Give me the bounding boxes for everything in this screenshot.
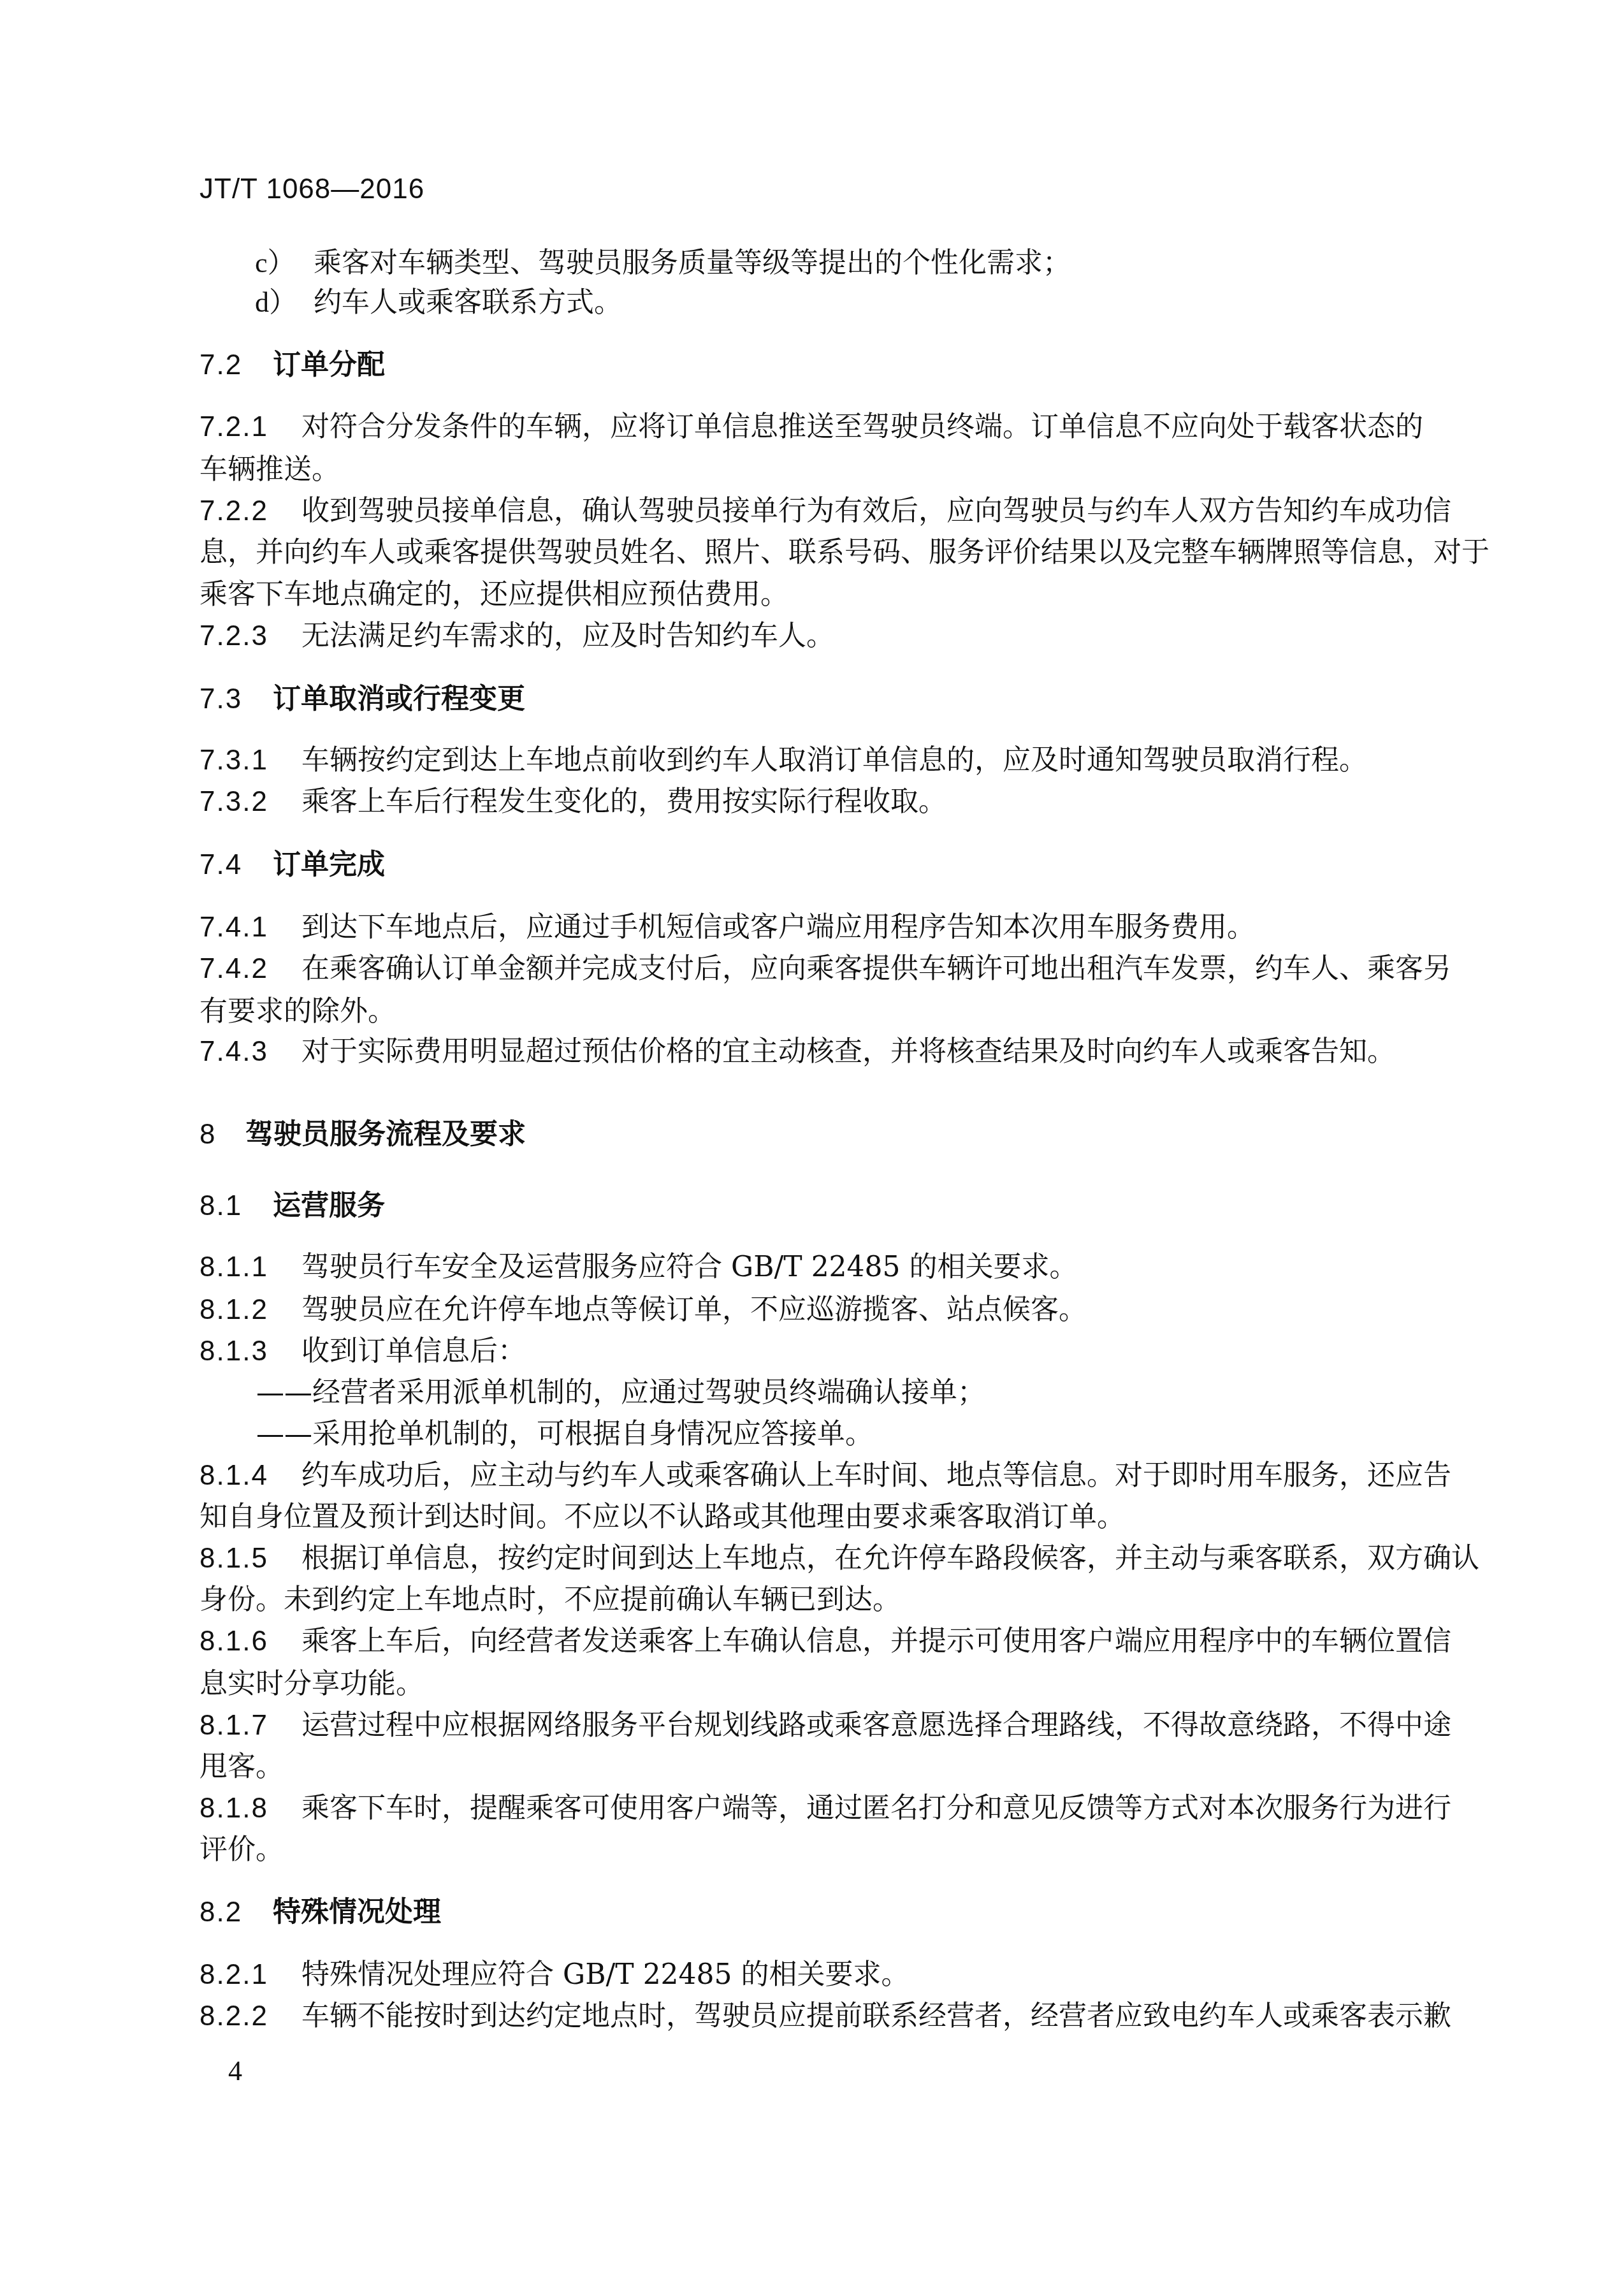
clause-text: 根据订单信息，按约定时间到达上车地点，在允许停车路段候客，并主动与乘客联系，双方… — [301, 1542, 1479, 1575]
clause-7-2-3: 7.2.3无法满足约车需求的，应及时告知约车人。 — [199, 615, 1423, 657]
section-heading-7-4: 7.4订单完成 — [199, 844, 1423, 886]
clause-number: 8.1.4 — [199, 1455, 301, 1497]
clause-7-2-1-cont: 车辆推送。 — [199, 449, 1423, 491]
clause-text: 乘客上车后，向经营者发送乘客上车确认信息，并提示可使用客户端应用程序中的车辆位置… — [301, 1625, 1451, 1657]
section-heading-7-2: 7.2订单分配 — [199, 344, 1423, 386]
clause-8-1-5: 8.1.5根据订单信息，按约定时间到达上车地点，在允许停车路段候客，并主动与乘客… — [199, 1538, 1423, 1580]
clause-8-1-2: 8.1.2驾驶员应在允许停车地点等候订单，不应巡游揽客、站点候客。 — [199, 1289, 1423, 1331]
clause-number: 8.1.3 — [199, 1330, 301, 1372]
clause-8-1-4-cont: 知自身位置及预计到达时间。不应以不认路或其他理由要求乘客取消订单。 — [199, 1496, 1423, 1538]
section-number: 7.2 — [199, 344, 273, 386]
clause-number: 8.1.2 — [199, 1289, 301, 1331]
clause-text: 收到驾驶员接单信息，确认驾驶员接单行为有效后，应向驾驶员与约车人双方告知约车成功… — [301, 495, 1451, 527]
clause-text: 对于实际费用明显超过预估价格的宜主动核查，并将核查结果及时向约车人或乘客告知。 — [301, 1035, 1395, 1068]
list-item-text: 乘客对车辆类型、驾驶员服务质量等级等提出的个性化需求； — [314, 247, 1071, 279]
clause-number: 8.1.7 — [199, 1705, 301, 1747]
clause-7-2-1: 7.2.1对符合分发条件的车辆，应将订单信息推送至驾驶员终端。订单信息不应向处于… — [199, 406, 1423, 448]
clause-8-1-6-cont: 息实时分享功能。 — [199, 1663, 1423, 1705]
clause-8-1-8-cont: 评价。 — [199, 1829, 1423, 1871]
clause-7-4-3: 7.4.3对于实际费用明显超过预估价格的宜主动核查，并将核查结果及时向约车人或乘… — [199, 1031, 1423, 1073]
section-title: 运营服务 — [273, 1190, 385, 1222]
clause-number: 8.1.8 — [199, 1788, 301, 1830]
list-item-d: d）约车人或乘客联系方式。 — [255, 282, 1421, 324]
clause-8-1-3: 8.1.3收到订单信息后： — [199, 1330, 1423, 1372]
clause-number: 7.4.1 — [199, 907, 301, 949]
clause-8-1-7-cont: 甩客。 — [199, 1746, 1423, 1788]
clause-number: 8.2.1 — [199, 1954, 301, 1996]
section-title: 特殊情况处理 — [273, 1896, 441, 1928]
clause-8-1-8: 8.1.8乘客下车时，提醒乘客可使用客户端等，通过匿名打分和意见反馈等方式对本次… — [199, 1788, 1423, 1830]
clause-text: 无法满足约车需求的，应及时告知约车人。 — [301, 620, 834, 652]
clause-number: 7.3.2 — [199, 781, 301, 823]
section-number: 8.1 — [199, 1185, 273, 1227]
clause-8-1-1: 8.1.1驾驶员行车安全及运营服务应符合 GB/T 22485 的相关要求。 — [199, 1246, 1423, 1288]
clause-text: 在乘客确认订单金额并完成支付后，应向乘客提供车辆许可地出租汽车发票，约车人、乘客… — [301, 952, 1451, 985]
chapter-title: 驾驶员服务流程及要求 — [245, 1118, 526, 1151]
clause-8-1-5-cont: 身份。未到约定上车地点时，不应提前确认车辆已到达。 — [199, 1579, 1423, 1621]
list-marker: c） — [255, 242, 314, 284]
clause-text: 乘客下车时，提醒乘客可使用客户端等，通过匿名打分和意见反馈等方式对本次服务行为进… — [301, 1792, 1451, 1824]
document-page: JT/T 1068—2016 c）乘客对车辆类型、驾驶员服务质量等级等提出的个性… — [0, 0, 1624, 2279]
clause-number: 8.1.5 — [199, 1538, 301, 1580]
section-title: 订单完成 — [273, 848, 385, 881]
clause-number: 7.4.3 — [199, 1031, 301, 1073]
clause-number: 7.3.1 — [199, 739, 301, 782]
clause-7-4-2: 7.4.2在乘客确认订单金额并完成支付后，应向乘客提供车辆许可地出租汽车发票，约… — [199, 948, 1423, 990]
clause-8-1-6: 8.1.6乘客上车后，向经营者发送乘客上车确认信息，并提示可使用客户端应用程序中… — [199, 1620, 1423, 1663]
section-heading-7-3: 7.3订单取消或行程变更 — [199, 678, 1423, 720]
section-heading-8-2: 8.2特殊情况处理 — [199, 1891, 1423, 1933]
running-header-standard-number: JT/T 1068—2016 — [199, 173, 424, 205]
clause-7-2-2: 7.2.2收到驾驶员接单信息，确认驾驶员接单行为有效后，应向驾驶员与约车人双方告… — [199, 490, 1423, 532]
clause-7-2-2-cont-2: 乘客下车地点确定的，还应提供相应预估费用。 — [199, 574, 1423, 616]
section-number: 7.4 — [199, 844, 273, 886]
clause-8-2-2: 8.2.2车辆不能按时到达约定地点时，驾驶员应提前联系经营者，经营者应致电约车人… — [199, 1995, 1423, 2037]
clause-text: 收到订单信息后： — [301, 1335, 526, 1367]
clause-number: 8.1.6 — [199, 1620, 301, 1663]
clause-8-1-4: 8.1.4约车成功后，应主动与约车人或乘客确认上车时间、地点等信息。对于即时用车… — [199, 1455, 1423, 1497]
clause-7-3-1: 7.3.1车辆按约定到达上车地点前收到约车人取消订单信息的，应及时通知驾驶员取消… — [199, 739, 1423, 782]
page-number: 4 — [228, 2055, 242, 2087]
section-title: 订单取消或行程变更 — [273, 683, 525, 715]
section-number: 7.3 — [199, 678, 273, 720]
clause-text: 约车成功后，应主动与约车人或乘客确认上车时间、地点等信息。对于即时用车服务，还应… — [301, 1459, 1451, 1492]
dash-item-dispatch: ——经营者采用派单机制的，应通过驾驶员终端确认接单； — [256, 1372, 1423, 1414]
clause-7-3-2: 7.3.2乘客上车后行程发生变化的，费用按实际行程收取。 — [199, 781, 1423, 823]
clause-text: 驾驶员行车安全及运营服务应符合 GB/T 22485 的相关要求。 — [301, 1251, 1078, 1283]
chapter-heading-8: 8驾驶员服务流程及要求 — [199, 1114, 1423, 1156]
clause-text: 特殊情况处理应符合 GB/T 22485 的相关要求。 — [301, 1958, 910, 1991]
clause-7-4-2-cont: 有要求的除外。 — [199, 991, 1423, 1033]
clause-text: 车辆按约定到达上车地点前收到约车人取消订单信息的，应及时通知驾驶员取消行程。 — [301, 744, 1367, 776]
clause-number: 7.4.2 — [199, 948, 301, 990]
clause-number: 7.2.1 — [199, 406, 301, 448]
clause-text: 车辆不能按时到达约定地点时，驾驶员应提前联系经营者，经营者应致电约车人或乘客表示… — [301, 2000, 1451, 2032]
clause-text: 乘客上车后行程发生变化的，费用按实际行程收取。 — [301, 785, 946, 818]
section-title: 订单分配 — [273, 349, 385, 381]
list-item-c: c）乘客对车辆类型、驾驶员服务质量等级等提出的个性化需求； — [255, 242, 1421, 284]
list-marker: d） — [255, 282, 314, 324]
clause-text: 对符合分发条件的车辆，应将订单信息推送至驾驶员终端。订单信息不应向处于载客状态的 — [301, 411, 1423, 443]
clause-text: 到达下车地点后，应通过手机短信或客户端应用程序告知本次用车服务费用。 — [301, 911, 1255, 943]
section-number: 8.2 — [199, 1891, 273, 1933]
clause-number: 8.2.2 — [199, 1995, 301, 2037]
clause-number: 8.1.1 — [199, 1246, 301, 1288]
clause-8-2-1: 8.2.1特殊情况处理应符合 GB/T 22485 的相关要求。 — [199, 1954, 1423, 1996]
clause-number: 7.2.2 — [199, 490, 301, 532]
clause-8-1-7: 8.1.7运营过程中应根据网络服务平台规划线路或乘客意愿选择合理路线，不得故意绕… — [199, 1705, 1423, 1747]
section-heading-8-1: 8.1运营服务 — [199, 1185, 1423, 1227]
chapter-number: 8 — [199, 1114, 245, 1156]
clause-7-4-1: 7.4.1到达下车地点后，应通过手机短信或客户端应用程序告知本次用车服务费用。 — [199, 907, 1423, 949]
clause-text: 驾驶员应在允许停车地点等候订单，不应巡游揽客、站点候客。 — [301, 1293, 1087, 1326]
list-item-text: 约车人或乘客联系方式。 — [314, 286, 622, 319]
clause-7-2-2-cont-1: 息，并向约车人或乘客提供驾驶员姓名、照片、联系号码、服务评价结果以及完整车辆牌照… — [199, 532, 1423, 574]
dash-item-grab: ——采用抢单机制的，可根据自身情况应答接单。 — [256, 1413, 1423, 1455]
clause-text: 运营过程中应根据网络服务平台规划线路或乘客意愿选择合理路线，不得故意绕路，不得中… — [301, 1709, 1451, 1742]
clause-number: 7.2.3 — [199, 615, 301, 657]
